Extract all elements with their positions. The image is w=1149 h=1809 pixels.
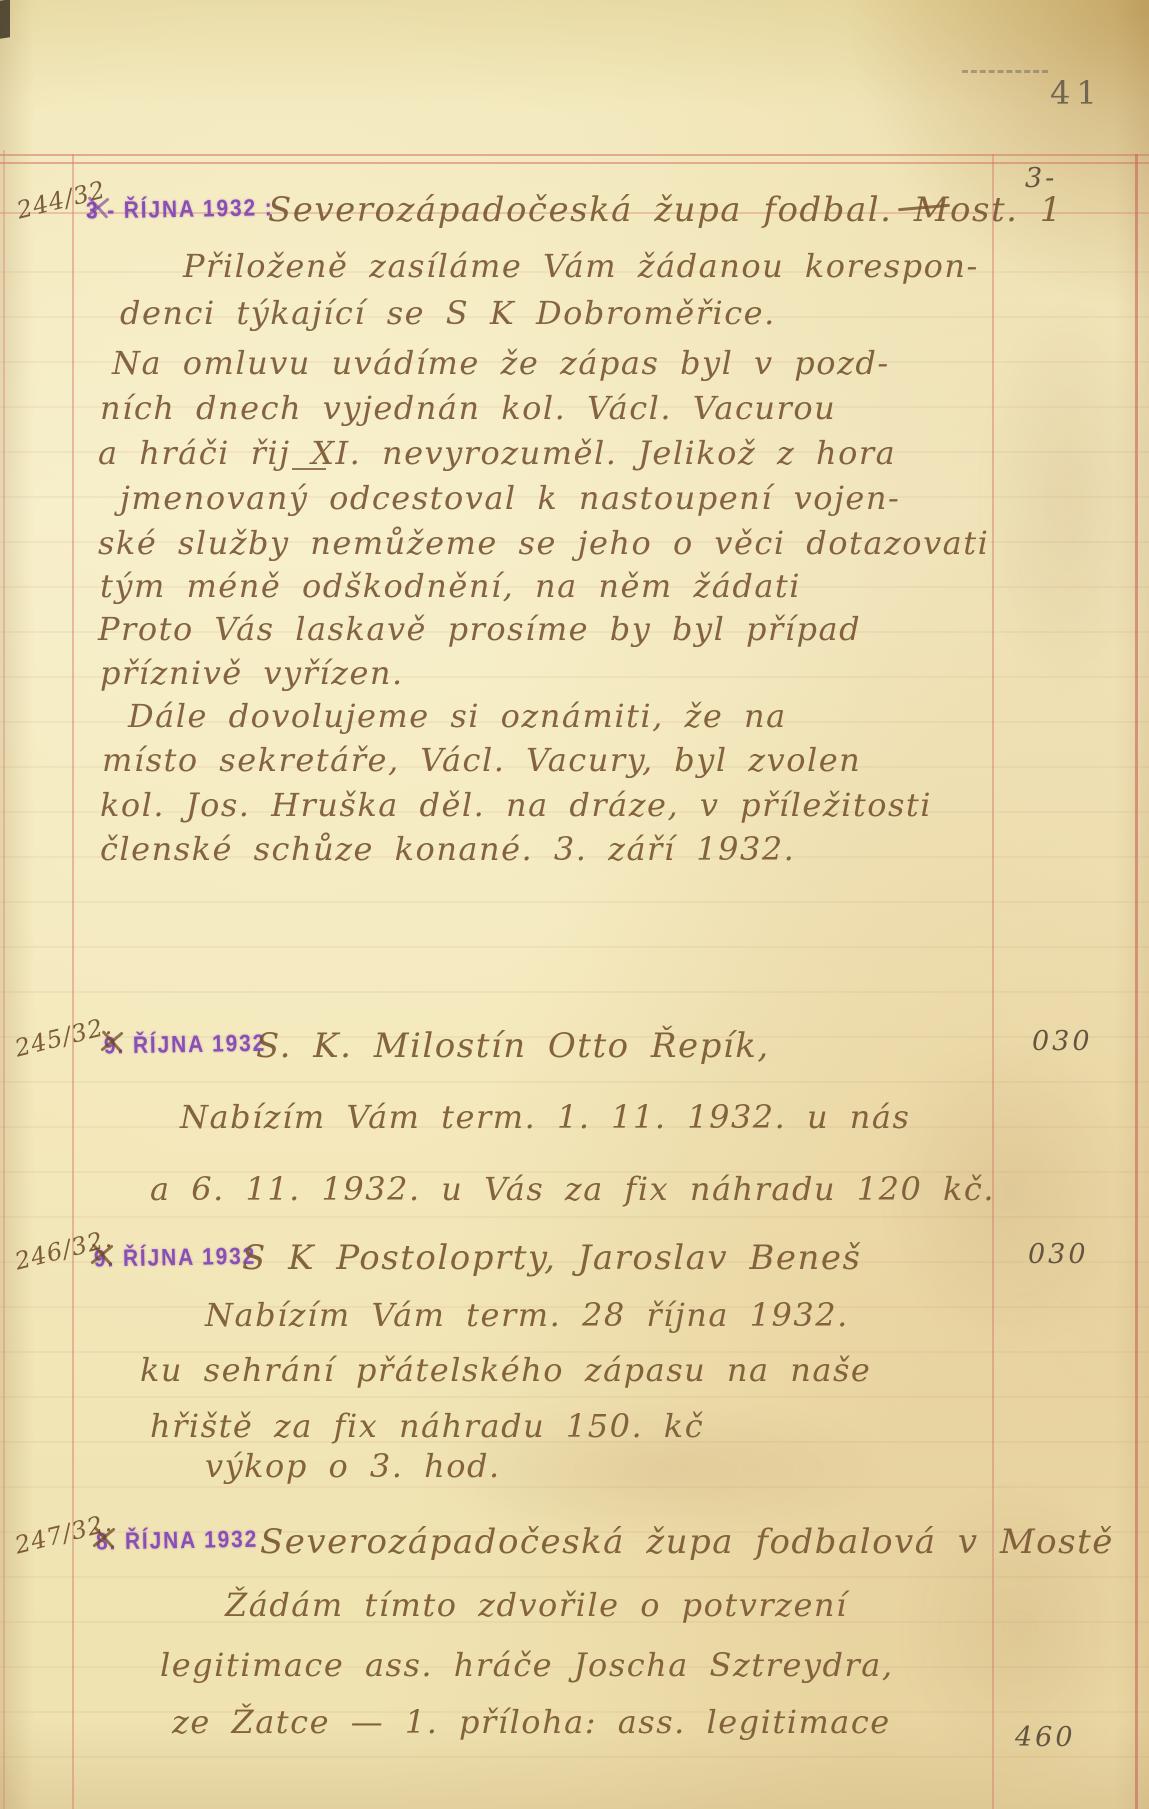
handwritten-line: výkop o 3. hod. — [205, 1447, 501, 1485]
handwritten-line: členské schůze konané. 3. září 1932. — [100, 830, 795, 868]
ruled-line-vertical — [1135, 154, 1138, 1809]
stamp-overwrite-scribble — [90, 1239, 114, 1269]
ruled-line-vertical — [72, 154, 74, 1809]
ledger-page: 41 3- 244/32 3 - ŘÍJNA 1932 : Severozápa… — [0, 0, 1149, 1809]
handwritten-line: Žádám tímto zdvořile o potvrzení — [225, 1586, 848, 1624]
ruled-line-horizontal — [0, 162, 1149, 164]
pencil-dash-mark — [962, 70, 1048, 73]
handwritten-line: ské služby nemůžeme se jeho o věci dotaz… — [98, 524, 989, 562]
stamp-overwrite-scribble — [92, 1522, 116, 1552]
handwritten-line: a 6. 11. 1932. u Vás za fix náhradu 120 … — [150, 1170, 995, 1208]
ruled-line-horizontal — [0, 154, 1149, 156]
underline-mark — [292, 468, 326, 470]
handwritten-line: S. K. Milostín Otto Řepík, — [256, 1026, 770, 1066]
handwritten-line: Přiloženě zasíláme Vám žádanou korespon- — [183, 247, 979, 285]
handwritten-line: denci týkající se S K Dobroměřice. — [120, 294, 776, 332]
handwritten-line: Nabízím Vám term. 28 října 1932. — [205, 1296, 849, 1334]
stamp-overwrite-scribble — [100, 1026, 124, 1056]
handwritten-line: ze Žatce — 1. příloha: ass. legitimace — [172, 1703, 891, 1741]
ink-bleedthrough — [980, 300, 1149, 700]
handwritten-line: ku sehrání přátelského zápasu na naše — [140, 1351, 871, 1389]
handwritten-line: a hráči řij XI. nevyrozuměl. Jelikož z h… — [98, 434, 896, 472]
handwritten-line: legitimace ass. hráče Joscha Sztreydra, — [160, 1646, 894, 1684]
handwritten-line: hřiště za fix náhradu 150. kč — [150, 1407, 704, 1445]
handwritten-line: Proto Vás laskavě prosíme by byl případ — [98, 610, 861, 648]
handwritten-line: Severozápadočeská župa fodbalová v Mostě — [260, 1522, 1114, 1562]
handwritten-line: S K Postoloprty, Jaroslav Beneš — [242, 1238, 862, 1278]
handwritten-line: místo sekretáře, Václ. Vacury, byl zvole… — [102, 741, 861, 779]
date-stamp-247: 8. ŘÍJNA 1932 — [96, 1525, 259, 1556]
date-stamp-245: 9. ŘÍJNA 1932 — [104, 1029, 267, 1060]
entry-amount-246: 030 — [1028, 1239, 1089, 1270]
handwritten-line: příznivě vyřízen. — [100, 654, 404, 692]
page-number: 41 — [1050, 74, 1103, 112]
stamp-overwrite-scribble — [86, 192, 110, 222]
handwritten-line: Dále dovolujeme si oznámiti, že na — [128, 697, 787, 735]
scan-edge-mark — [0, 0, 10, 39]
handwritten-line: Nabízím Vám term. 1. 11. 1932. u nás — [180, 1098, 910, 1136]
handwritten-line: Na omluvu uvádíme že zápas byl v pozd- — [112, 344, 890, 382]
ruled-line-vertical — [3, 150, 5, 1809]
handwritten-line: Severozápadočeská župa fodbal. Most. 1 — [268, 190, 1063, 230]
handwritten-line: ních dnech vyjednán kol. Václ. Vacurou — [100, 389, 836, 427]
handwritten-line: tým méně odškodnění, na něm žádati — [100, 567, 801, 605]
entry-amount-245: 030 — [1032, 1026, 1093, 1057]
handwritten-line: kol. Jos. Hruška děl. na dráze, v přílež… — [100, 786, 932, 824]
date-stamp-246: 9. ŘÍJNA 1932 — [94, 1242, 257, 1273]
date-stamp-244: 3 - ŘÍJNA 1932 : — [86, 194, 274, 225]
entry-amount-247: 460 — [1015, 1722, 1076, 1753]
handwritten-line: jmenovaný odcestoval k nastoupení vojen- — [120, 479, 900, 517]
